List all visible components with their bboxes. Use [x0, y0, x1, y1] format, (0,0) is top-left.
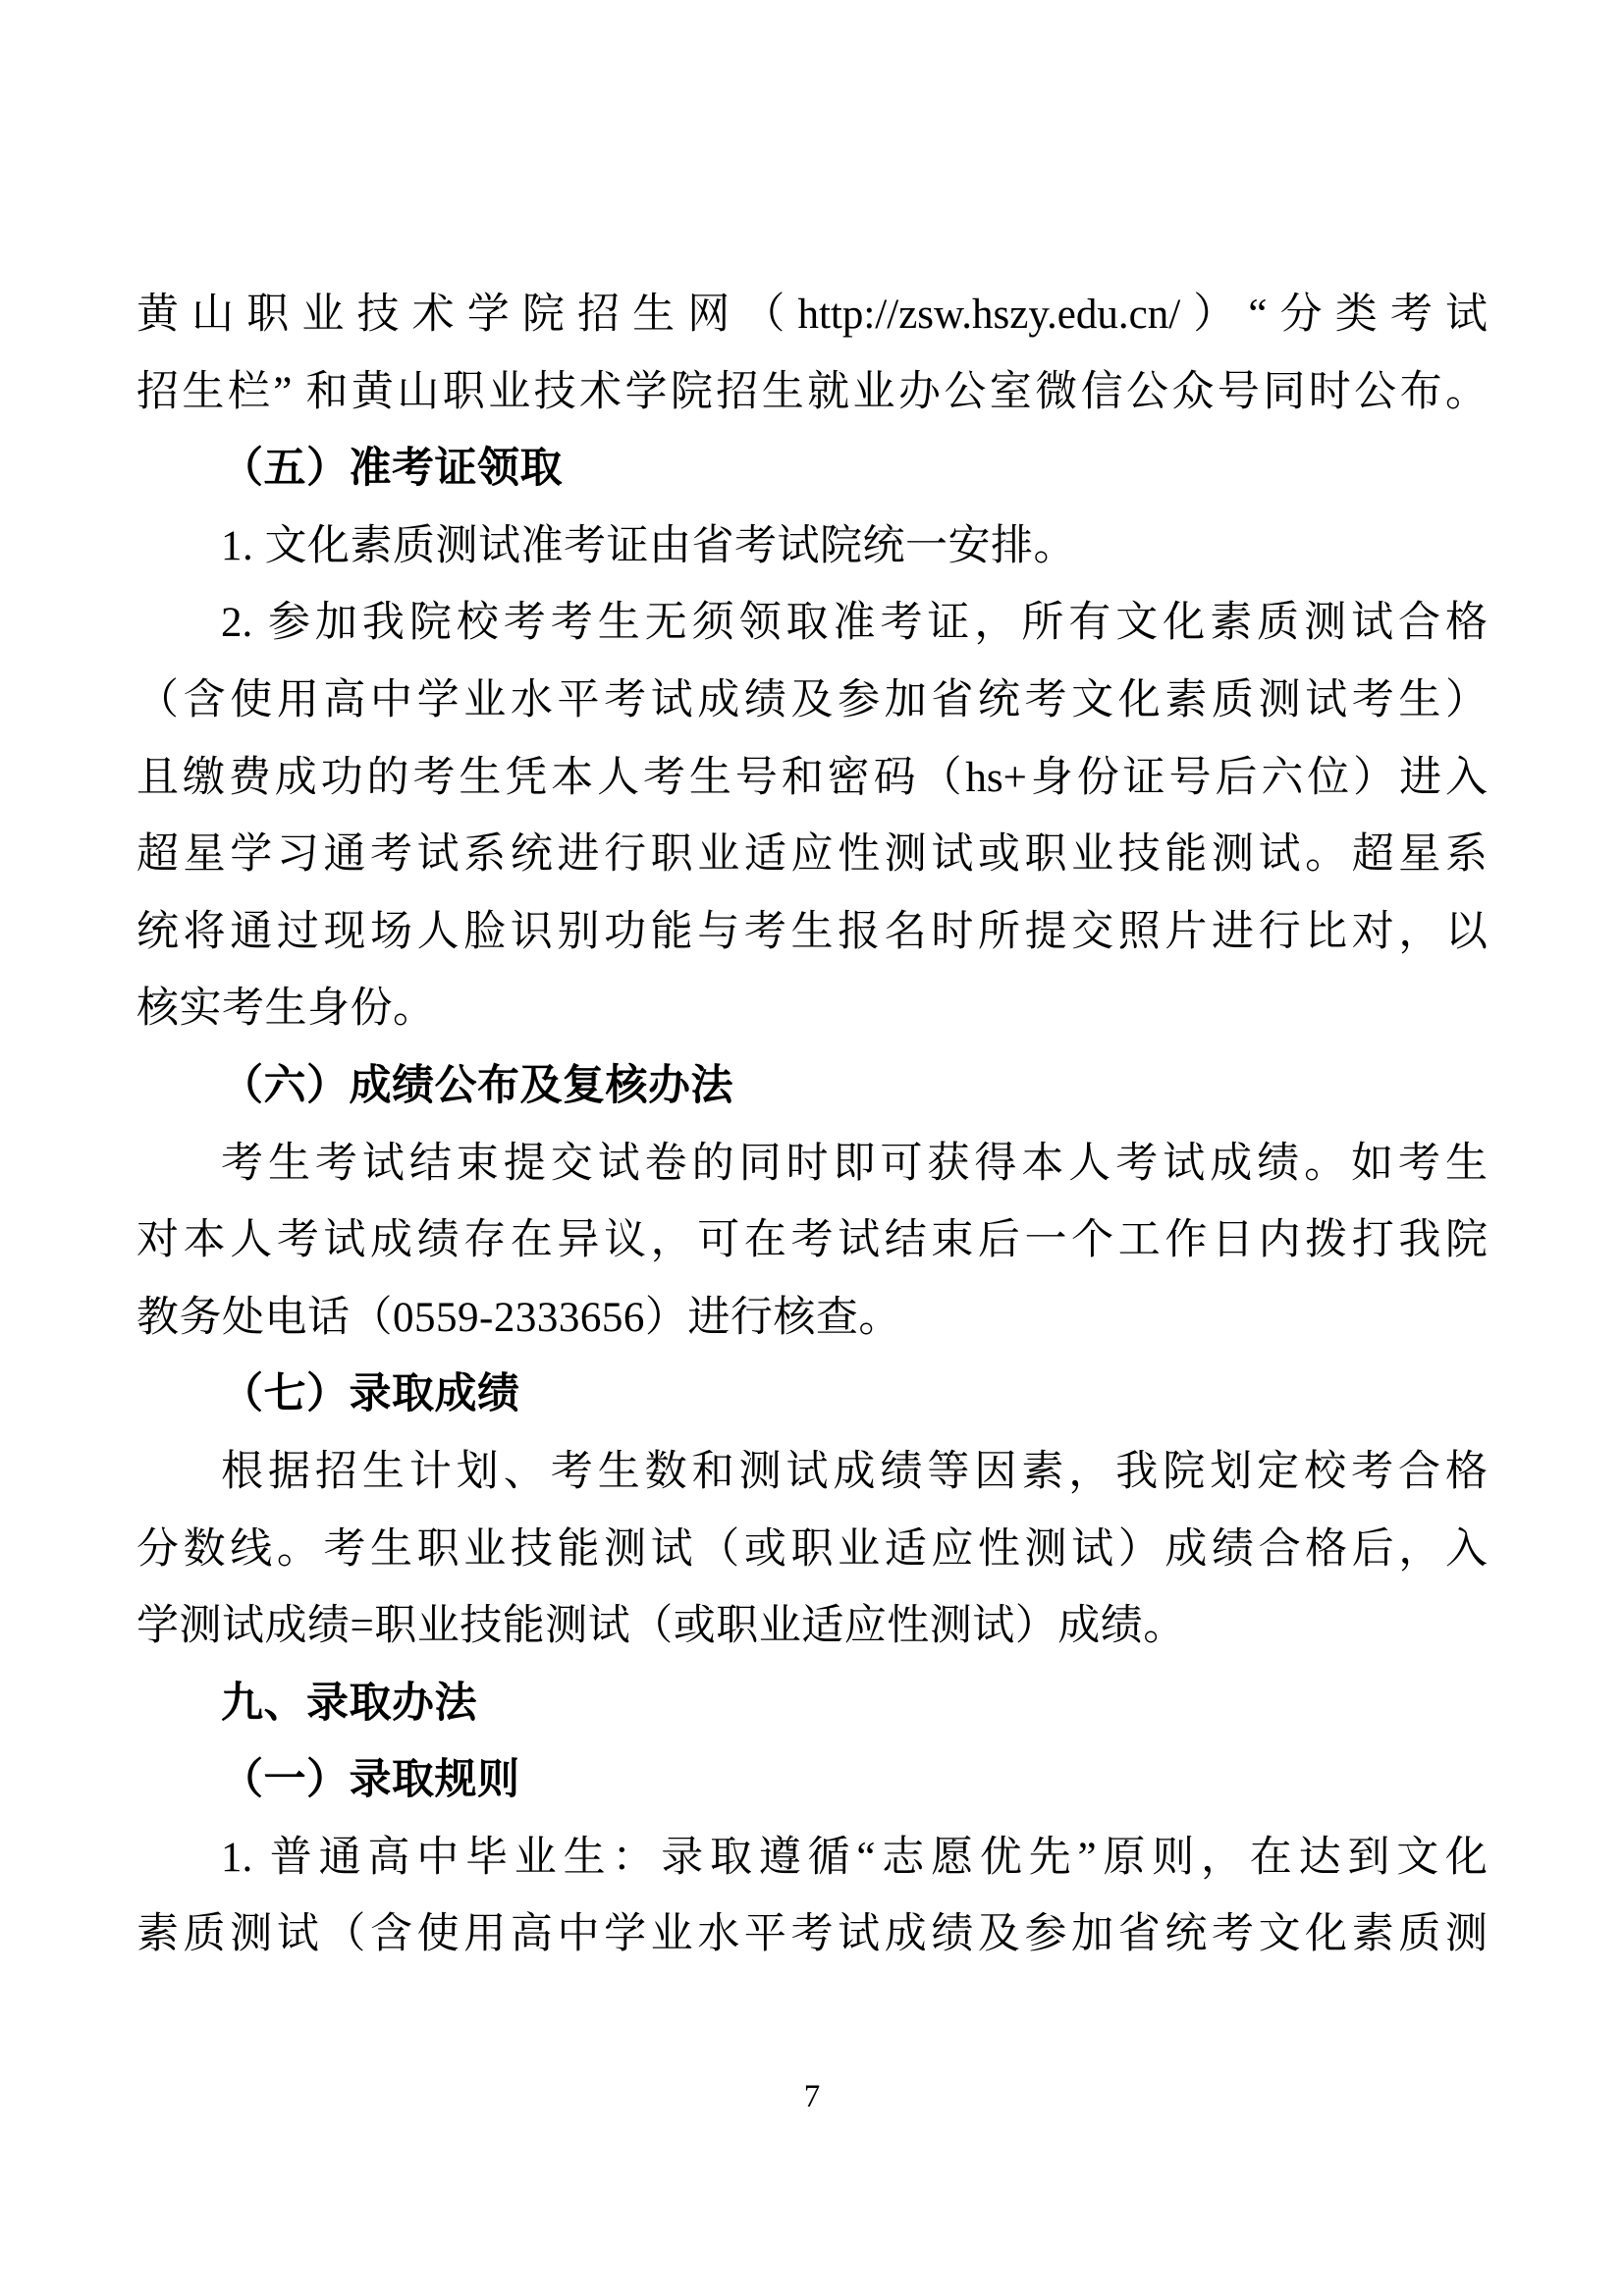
document-page: 黄山职业技术学院招生网（http://zsw.hszy.edu.cn/）“分类考… [0, 0, 1624, 2296]
section-heading-five: （五）准考证领取 [136, 431, 1488, 508]
body-line: 对本人考试成绩存在异议，可在考试结束后一个工作日内拨打我院 [136, 1202, 1488, 1280]
document-text-block: 黄山职业技术学院招生网（http://zsw.hszy.edu.cn/）“分类考… [136, 277, 1488, 1974]
body-line: 统将通过现场人脸识别功能与考生报名时所提交照片进行比对，以 [136, 894, 1488, 972]
body-line: 招生栏” 和黄山职业技术学院招生就业办公室微信公众号同时公布。 [136, 354, 1488, 432]
body-line: 教务处电话（0559-2333656）进行核查。 [136, 1280, 1488, 1358]
section-heading-seven: （七）录取成绩 [136, 1357, 1488, 1434]
body-line: 超星学习通考试系统进行职业适应性测试或职业技能测试。超星系 [136, 817, 1488, 894]
page-number: 7 [0, 2073, 1624, 2120]
body-line: 学测试成绩=职业技能测试（或职业适应性测试）成绩。 [136, 1588, 1488, 1666]
body-line: 黄山职业技术学院招生网（http://zsw.hszy.edu.cn/）“分类考… [136, 277, 1488, 354]
body-line: 考生考试结束提交试卷的同时即可获得本人考试成绩。如考生 [136, 1126, 1488, 1203]
body-line: 核实考生身份。 [136, 971, 1488, 1048]
section-heading-one: （一）录取规则 [136, 1742, 1488, 1820]
chapter-heading-nine: 九、录取办法 [136, 1666, 1488, 1743]
body-line: 1. 普通高中毕业生：录取遵循“志愿优先”原则，在达到文化 [136, 1820, 1488, 1897]
body-line: 且缴费成功的考生凭本人考生号和密码（hs+身份证号后六位）进入 [136, 740, 1488, 818]
body-line: 1. 文化素质测试准考证由省考试院统一安排。 [136, 508, 1488, 586]
body-line: 2. 参加我院校考考生无须领取准考证，所有文化素质测试合格 [136, 585, 1488, 663]
body-line: 分数线。考生职业技能测试（或职业适应性测试）成绩合格后，入 [136, 1512, 1488, 1589]
body-line: （含使用高中学业水平考试成绩及参加省统考文化素质测试考生） [136, 663, 1488, 740]
body-line: 素质测试（含使用高中学业水平考试成绩及参加省统考文化素质测 [136, 1896, 1488, 1974]
section-heading-six: （六）成绩公布及复核办法 [136, 1048, 1488, 1126]
body-line: 根据招生计划、考生数和测试成绩等因素，我院划定校考合格 [136, 1434, 1488, 1512]
